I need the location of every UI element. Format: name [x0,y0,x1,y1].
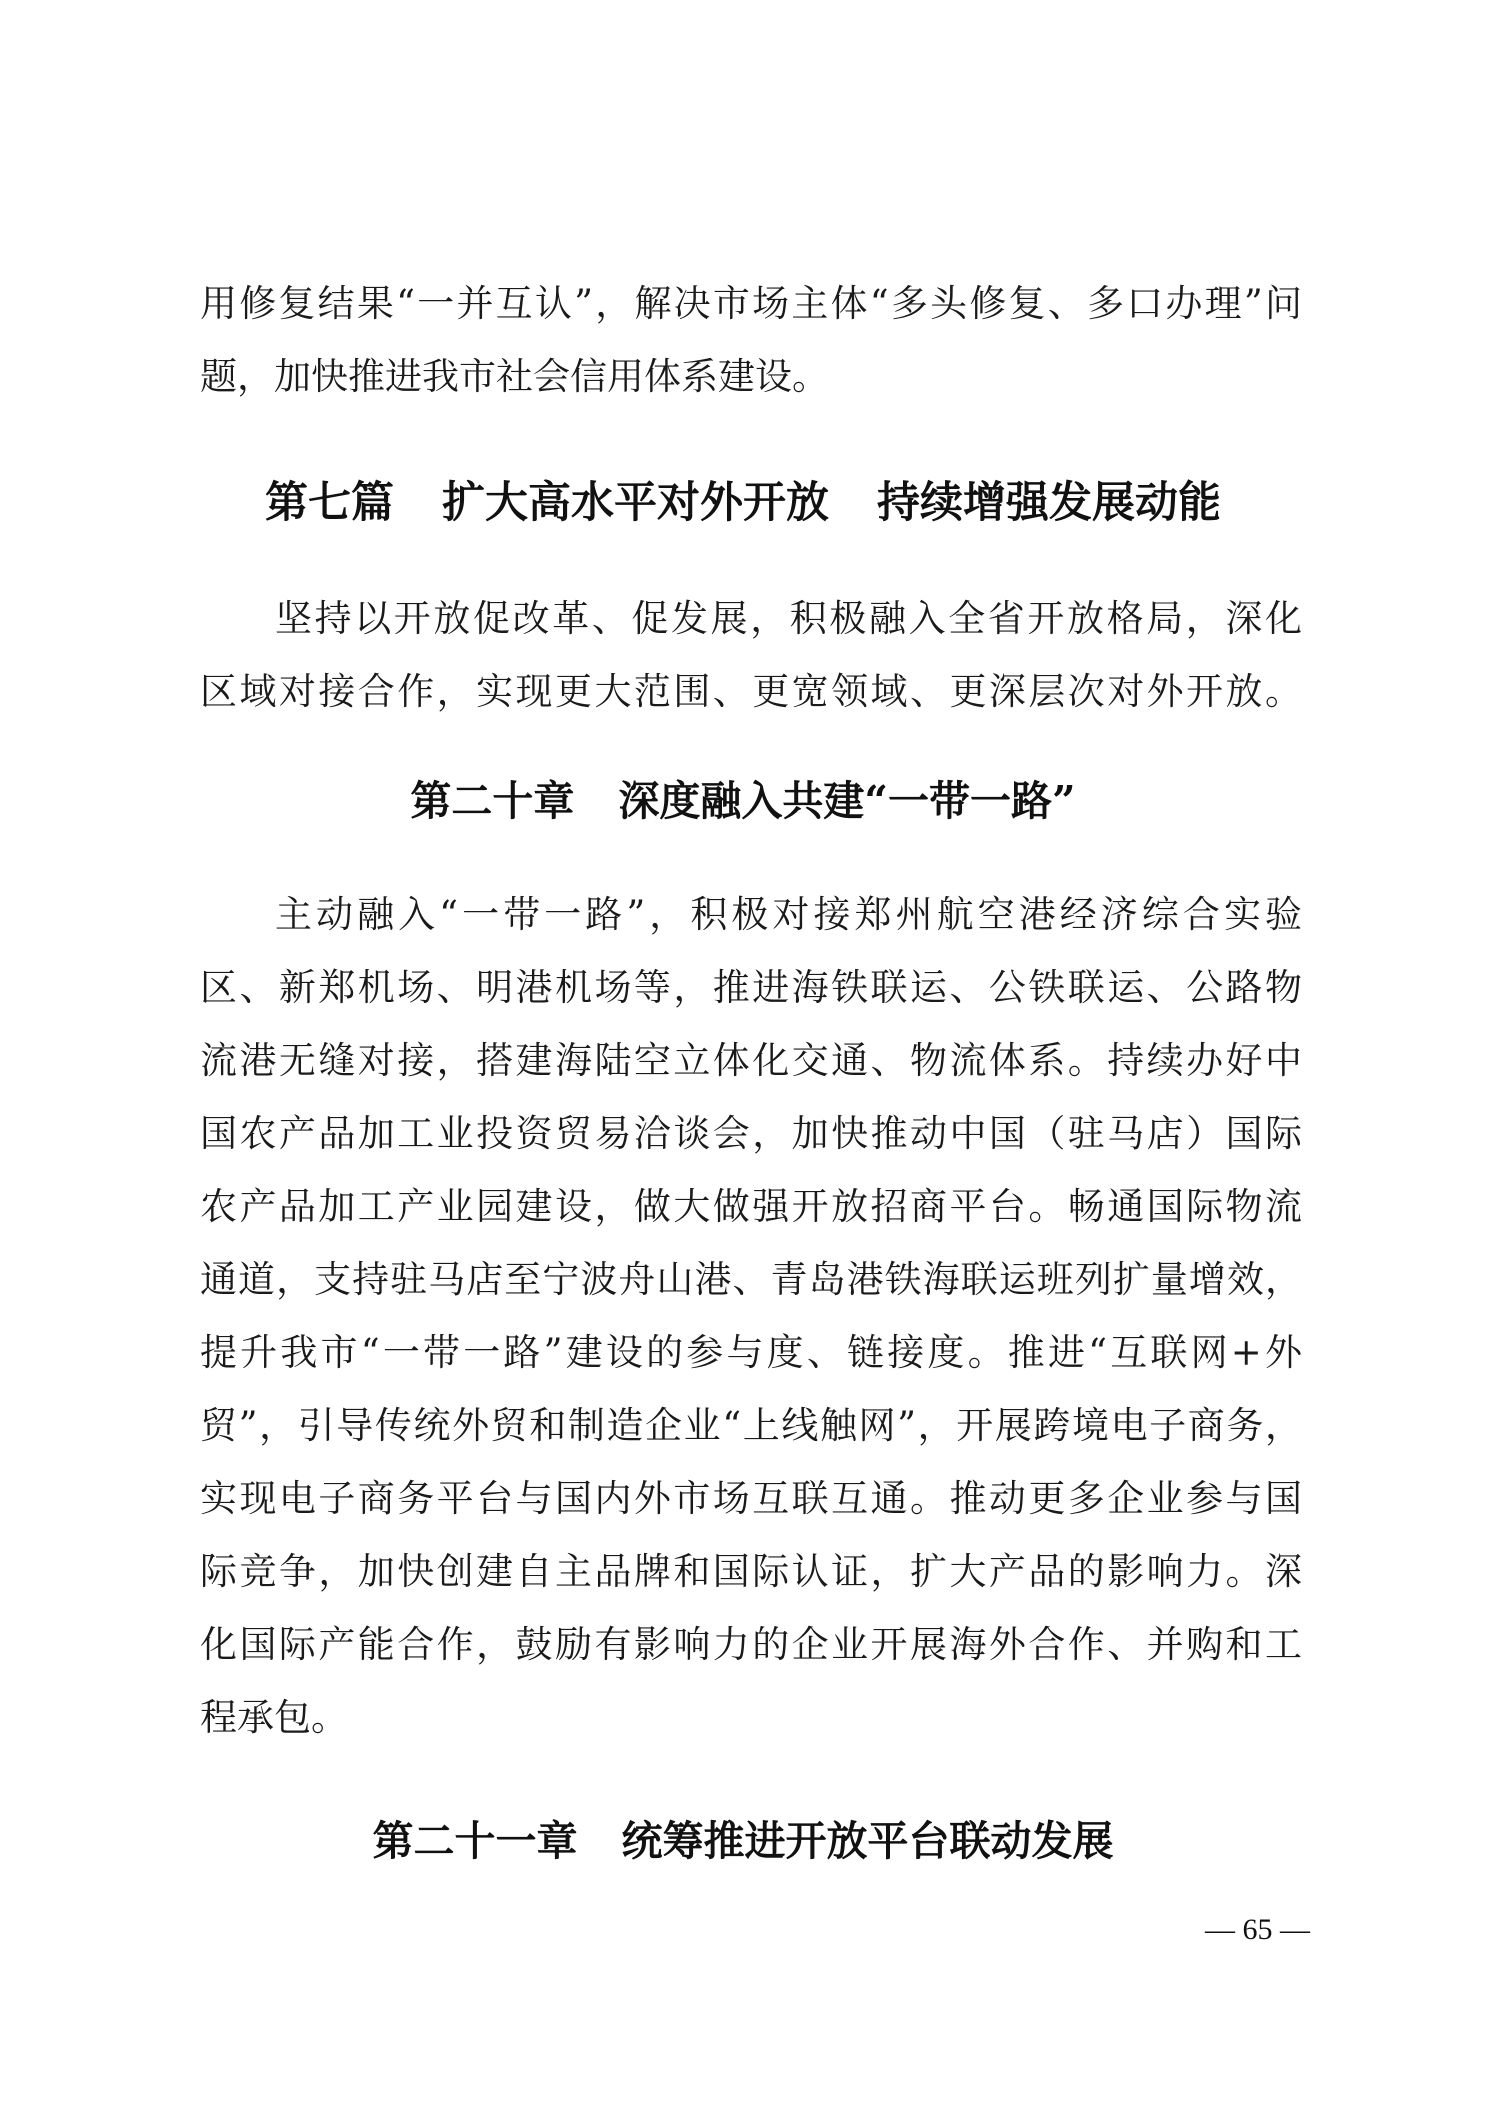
document-page: 用修复结果“一并互认”，解决市场主体“多头修复、多口办理”问 题，加快推进我市社… [0,0,1486,2103]
chapter-number: 第二十章 [410,777,574,825]
chapter-title: 统筹推进开放平台联动发展 [622,1817,1114,1865]
paragraph-line: 际竞争，加快创建自主品牌和国际认证，扩大产品的影响力。深 [200,1550,1302,1594]
part-heading: 第七篇扩大高水平对外开放持续增强发展动能 [0,477,1486,529]
paragraph-line: 用修复结果“一并互认”，解决市场主体“多头修复、多口办理”问 [200,282,1302,326]
chapter-number: 第二十一章 [373,1817,578,1865]
paragraph-line: 区域对接合作，实现更大范围、更宽领域、更深层次对外开放。 [200,670,1302,714]
paragraph-line: 国农产品加工业投资贸易洽谈会，加快推动中国（驻马店）国际 [200,1112,1302,1156]
paragraph-line: 题，加快推进我市社会信用体系建设。 [200,355,1302,399]
chapter-title: 深度融入共建“一带一路” [618,777,1075,825]
chapter-heading: 第二十一章统筹推进开放平台联动发展 [0,1816,1486,1866]
paragraph-line: 程承包。 [200,1696,1302,1740]
paragraph-line: 流港无缝对接，搭建海陆空立体化交通、物流体系。持续办好中 [200,1039,1302,1083]
page-number: — 65 — [1130,1912,1310,1948]
paragraph-line: 实现电子商务平台与国内外市场互联互通。推动更多企业参与国 [200,1477,1302,1521]
part-title-b: 持续增强发展动能 [877,478,1221,528]
paragraph-line: 农产品加工产业园建设，做大做强开放招商平台。畅通国际物流 [200,1185,1302,1229]
paragraph-line: 坚持以开放促改革、促发展，积极融入全省开放格局，深化 [275,597,1302,641]
part-title-a: 扩大高水平对外开放 [442,478,829,528]
paragraph-line: 通道，支持驻马店至宁波舟山港、青岛港铁海联运班列扩量增效， [200,1258,1302,1302]
paragraph-line: 化国际产能合作，鼓励有影响力的企业开展海外合作、并购和工 [200,1623,1302,1667]
part-number: 第七篇 [265,478,394,528]
paragraph-line: 主动融入“一带一路”，积极对接郑州航空港经济综合实验 [275,893,1302,937]
chapter-heading: 第二十章深度融入共建“一带一路” [0,776,1486,826]
paragraph-line: 贸”，引导传统外贸和制造企业“上线触网”，开展跨境电子商务， [200,1404,1302,1448]
paragraph-line: 提升我市“一带一路”建设的参与度、链接度。推进“互联网+外 [200,1331,1302,1375]
paragraph-line: 区、新郑机场、明港机场等，推进海铁联运、公铁联运、公路物 [200,966,1302,1010]
